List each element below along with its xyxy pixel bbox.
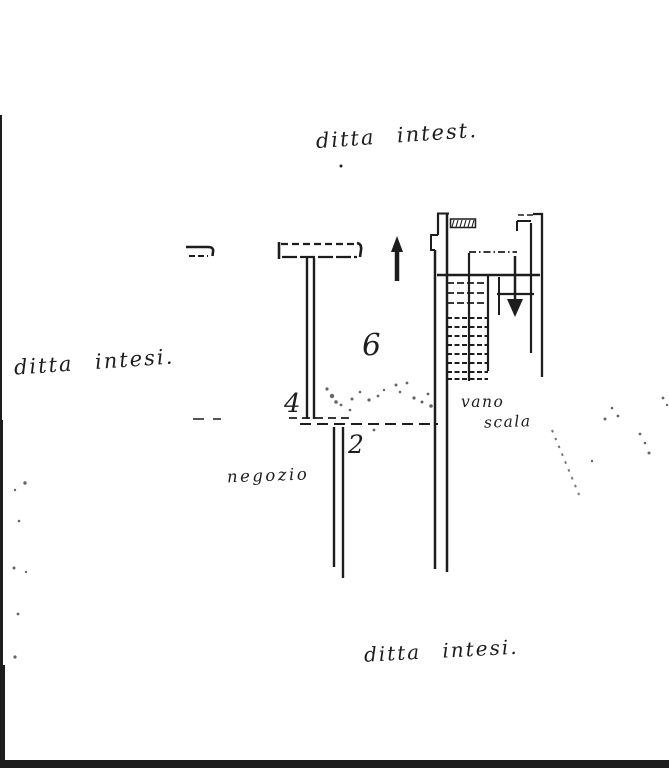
scanned-floorplan-page: ditta intest. ditta intesi. ditta intesi… <box>0 0 669 768</box>
hatched-wall-stub <box>451 219 476 228</box>
wall-segment-left-bracket <box>186 247 213 256</box>
label-top-owner: ditta intest. <box>315 118 479 153</box>
staircase-treads <box>447 283 488 379</box>
ink-dot <box>340 165 343 168</box>
up-arrow-icon <box>391 236 403 281</box>
label-mark-2: 2 <box>347 430 364 459</box>
down-arrow-icon <box>507 256 523 317</box>
left-scan-border <box>0 115 5 768</box>
label-mark-4: 4 <box>283 389 301 419</box>
floorplan-drawing: ditta intest. ditta intesi. ditta intesi… <box>0 0 669 768</box>
wall-below-opening <box>334 427 343 578</box>
label-vano: vano <box>461 393 504 411</box>
label-scala: scala <box>484 412 532 432</box>
bottom-scan-border <box>0 760 669 768</box>
label-bottom-owner: ditta intesi. <box>363 635 519 667</box>
label-left-owner: ditta intesi. <box>13 344 175 379</box>
dashed-boundary-line <box>193 418 438 424</box>
label-room-number-6: 6 <box>361 328 382 364</box>
label-negozio: negozio <box>227 464 310 486</box>
scan-noise-left <box>13 481 28 658</box>
scan-noise-right <box>552 397 668 497</box>
